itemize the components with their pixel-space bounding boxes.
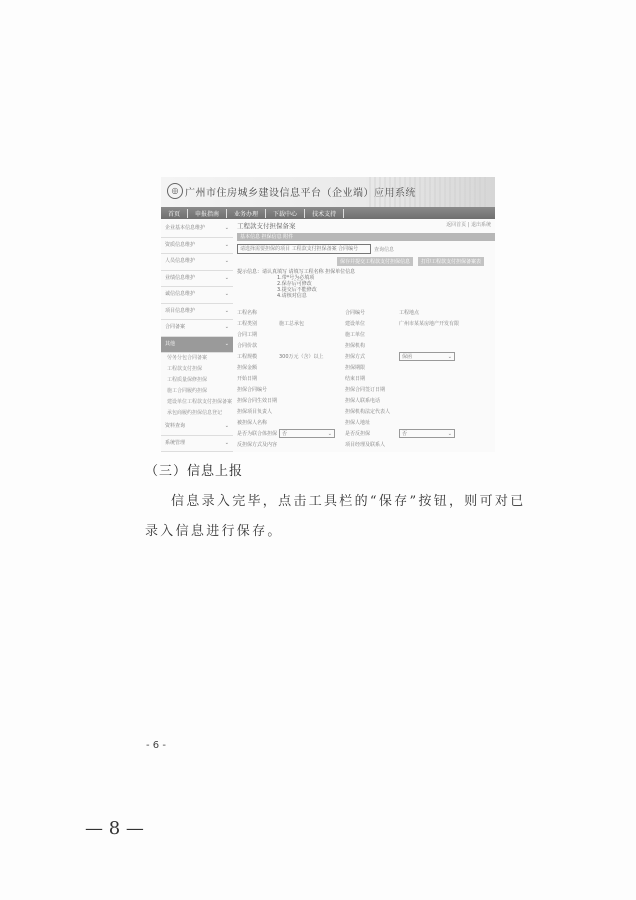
sidebar-item-label: 合同备案 xyxy=(165,324,185,330)
chevron-down-icon: ⌄ xyxy=(225,271,229,286)
guarantee-form: 工程名称合同编号工程地点工程类别施工总承包建设单位广州市某某房地产开发有限公司合… xyxy=(237,307,495,452)
field-label: 合同价款 xyxy=(237,342,279,349)
nav-item[interactable]: 业务办理 xyxy=(227,209,266,218)
skyline-graphic xyxy=(369,177,489,207)
sidebar-item-label: 建设单位工程款支付担保备案 xyxy=(167,399,232,405)
sidebar-item[interactable]: 承包商履约担保信息登记 xyxy=(161,408,233,419)
sidebar-item[interactable]: 诚信信息维护⌄ xyxy=(161,287,233,304)
search-row: 请选择需要担保的项目 工程款支付担保备案 合同编号 查询信息 xyxy=(237,244,495,254)
sidebar-item-label: 企业基本信息维护 xyxy=(165,225,205,231)
field-label: 担保机构 xyxy=(345,342,399,349)
field-label: 是否为联合体担保 xyxy=(237,430,279,437)
select-value: 否 xyxy=(282,430,287,437)
field-label: 担保人地址 xyxy=(345,419,399,426)
field-value[interactable]: 广州市某某房地产开发有限公司 xyxy=(399,320,459,327)
nav-item[interactable]: 下载中心 xyxy=(266,209,305,218)
select-field[interactable]: 否⌄ xyxy=(399,429,455,438)
field-label: 结束日期 xyxy=(345,375,399,382)
save-submit-button[interactable]: 保存并提交工程款支付担保信息 xyxy=(337,257,413,266)
app-banner: ◎ 广州市住房城乡建设信息平台（企业端）应用系统 xyxy=(161,177,495,207)
action-buttons: 保存并提交工程款支付担保信息 打印工程款支付担保备案表 xyxy=(337,257,495,266)
form-row: 是否为联合体担保否⌄是否反担保否⌄ xyxy=(237,428,495,439)
sidebar-item-label: 诚信信息维护 xyxy=(165,291,195,297)
form-row: 担保合同编号担保合同签订日期 xyxy=(237,384,495,395)
field-label: 施工单位 xyxy=(345,331,399,338)
sidebar-item[interactable]: 业绩信息维护⌄ xyxy=(161,271,233,288)
sidebar-item-label: 资质信息维护 xyxy=(165,242,195,248)
sidebar-item-label: 项目信息维护 xyxy=(165,308,195,314)
header-links[interactable]: 返回首页 | 退出系统 xyxy=(446,221,491,228)
sidebar-item-label: 其他 xyxy=(165,341,175,347)
sidebar-item[interactable]: 施工合同履约担保 xyxy=(161,386,233,397)
select-field[interactable]: 否⌄ xyxy=(279,429,335,438)
nav-item[interactable]: 首页 xyxy=(161,209,188,218)
sidebar-item-label: 劳务分包合同备案 xyxy=(167,355,207,361)
sidebar-item[interactable]: 建设单位工程款支付担保备案 xyxy=(161,397,233,408)
chevron-down-icon: ⌄ xyxy=(225,254,229,269)
field-label: 工程类别 xyxy=(237,320,279,327)
nav-item[interactable]: 申报指南 xyxy=(188,209,227,218)
info-block: 提示信息：请认真填写 请填写工程名称 担保单位信息 1.带*号为必填项2.保存后… xyxy=(237,269,495,299)
section-heading: （三）信息上报 xyxy=(145,460,243,479)
chevron-down-icon: ⌄ xyxy=(225,419,229,434)
field-value[interactable]: 保函⌄ xyxy=(399,352,459,361)
form-row: 工程名称合同编号工程地点 xyxy=(237,307,495,318)
form-row: 担保项目负责人担保机构法定代表人 xyxy=(237,406,495,417)
chevron-down-icon: ⌄ xyxy=(328,431,332,437)
field-label: 建设单位 xyxy=(345,320,399,327)
field-value[interactable]: 300万元（含）以上 xyxy=(279,353,345,360)
field-label: 合同工期 xyxy=(237,331,279,338)
sidebar-item[interactable]: 工程质量保修担保 xyxy=(161,375,233,386)
logo-icon: ◎ xyxy=(167,183,183,199)
sidebar-item[interactable]: 系统管理⌄ xyxy=(161,436,233,453)
field-label: 开始日期 xyxy=(237,375,279,382)
chevron-down-icon: ⌄ xyxy=(225,221,229,236)
breadcrumb: 工程款支付担保备案 返回首页 | 退出系统 xyxy=(237,221,495,231)
print-button[interactable]: 打印工程款支付担保备案表 xyxy=(418,257,484,266)
form-row: 开始日期结束日期 xyxy=(237,373,495,384)
field-label: 担保方式 xyxy=(345,353,399,360)
field-label: 担保合同编号 xyxy=(237,386,279,393)
select-field[interactable]: 保函⌄ xyxy=(399,352,455,361)
chevron-down-icon: ⌄ xyxy=(448,354,452,360)
field-label: 反担保方式及内容 xyxy=(237,441,279,448)
select-value: 否 xyxy=(402,430,407,437)
field-label: 担保合同生效日期 xyxy=(237,397,279,404)
form-row: 担保合同生效日期担保人联系电话 xyxy=(237,395,495,406)
outer-page-number: — 8 — xyxy=(85,818,144,839)
form-row: 被担保人名称担保人地址 xyxy=(237,417,495,428)
field-value[interactable]: 否⌄ xyxy=(279,429,345,438)
nav-item[interactable]: 技术支持 xyxy=(305,209,344,218)
info-sub-list: 1.带*号为必填项2.保存后可修改3.提交后不能修改4.请核对信息 xyxy=(277,275,495,299)
chevron-down-icon: ⌄ xyxy=(225,304,229,319)
field-label: 工程名称 xyxy=(237,309,279,316)
field-label: 被担保人名称 xyxy=(237,419,279,426)
chevron-down-icon: ⌄ xyxy=(448,431,452,437)
field-label: 工程规模 xyxy=(237,353,279,360)
sidebar-item-label: 工程款支付担保 xyxy=(167,366,202,372)
field-label: 项目经理及联系人 xyxy=(345,441,399,448)
sidebar-item-label: 业绩信息维护 xyxy=(165,275,195,281)
chevron-down-icon: ⌄ xyxy=(225,337,229,352)
info-sub-item: 4.请核对信息 xyxy=(277,293,495,299)
breadcrumb-text: 工程款支付担保备案 xyxy=(237,222,296,230)
sidebar-item[interactable]: 人员信息维护⌄ xyxy=(161,254,233,271)
query-link[interactable]: 查询信息 xyxy=(374,246,394,253)
sidebar-item[interactable]: 企业基本信息维护⌄ xyxy=(161,221,233,238)
inner-page-number: - 6 - xyxy=(146,740,166,751)
sidebar-item[interactable]: 项目信息维护⌄ xyxy=(161,304,233,321)
form-row: 合同价款担保机构 xyxy=(237,340,495,351)
sidebar-item[interactable]: 劳务分包合同备案 xyxy=(161,353,233,364)
field-value[interactable]: 否⌄ xyxy=(399,429,459,438)
field-label: 担保项目负责人 xyxy=(237,408,279,415)
tab-bar[interactable]: 基本信息 担保信息 附件 xyxy=(237,233,495,241)
sidebar-item[interactable]: 资料查询⌄ xyxy=(161,419,233,436)
chevron-down-icon: ⌄ xyxy=(225,436,229,451)
field-label: 担保机构法定代表人 xyxy=(345,408,399,415)
sidebar-item[interactable]: 资质信息维护⌄ xyxy=(161,238,233,255)
field-label: 担保合同签订日期 xyxy=(345,386,399,393)
form-row: 工程款支付担保说明备注 xyxy=(237,450,495,452)
main-panel: 工程款支付担保备案 返回首页 | 退出系统 基本信息 担保信息 附件 请选择需要… xyxy=(237,221,495,452)
sidebar-item-label: 工程质量保修担保 xyxy=(167,377,207,383)
field-label: 是否反担保 xyxy=(345,430,399,437)
sidebar-item-label: 施工合同履约担保 xyxy=(167,388,207,394)
project-search-input[interactable]: 请选择需要担保的项目 工程款支付担保备案 合同编号 xyxy=(237,244,371,254)
chevron-down-icon: ⌄ xyxy=(225,287,229,302)
select-value: 保函 xyxy=(402,353,412,360)
embedded-screenshot: ◎ 广州市住房城乡建设信息平台（企业端）应用系统 首页申报指南业务办理下载中心技… xyxy=(161,177,495,452)
form-row: 反担保方式及内容项目经理及联系人 xyxy=(237,439,495,450)
sidebar-item-label: 资料查询 xyxy=(165,423,185,429)
field-label: 担保金额 xyxy=(237,364,279,371)
form-row: 担保金额担保期限 xyxy=(237,362,495,373)
sidebar-item-label: 承包商履约担保信息登记 xyxy=(167,410,222,416)
sidebar-item[interactable]: 合同备案⌄ xyxy=(161,320,233,337)
chevron-down-icon: ⌄ xyxy=(225,320,229,335)
field-label: 担保人联系电话 xyxy=(345,397,399,404)
section-paragraph: 信息录入完毕，点击工具栏的“保存”按钮，则可对已录入信息进行保存。 xyxy=(145,487,535,547)
sidebar-item-label: 人员信息维护 xyxy=(165,258,195,264)
sidebar-item[interactable]: 工程款支付担保 xyxy=(161,364,233,375)
field-value[interactable]: 工程地点 xyxy=(399,309,459,316)
sidebar-item-label: 系统管理 xyxy=(165,440,185,446)
form-row: 工程类别施工总承包建设单位广州市某某房地产开发有限公司 xyxy=(237,318,495,329)
form-row: 合同工期施工单位 xyxy=(237,329,495,340)
form-row: 工程规模300万元（含）以上担保方式保函⌄ xyxy=(237,351,495,362)
field-label: 合同编号 xyxy=(345,309,399,316)
sidebar: 企业基本信息维护⌄资质信息维护⌄人员信息维护⌄业绩信息维护⌄诚信信息维护⌄项目信… xyxy=(161,221,233,452)
field-label: 担保期限 xyxy=(345,364,399,371)
top-nav: 首页申报指南业务办理下载中心技术支持 xyxy=(161,207,495,219)
field-value[interactable]: 施工总承包 xyxy=(279,320,345,327)
chevron-down-icon: ⌄ xyxy=(225,238,229,253)
sidebar-item[interactable]: 其他⌄ xyxy=(161,337,233,354)
